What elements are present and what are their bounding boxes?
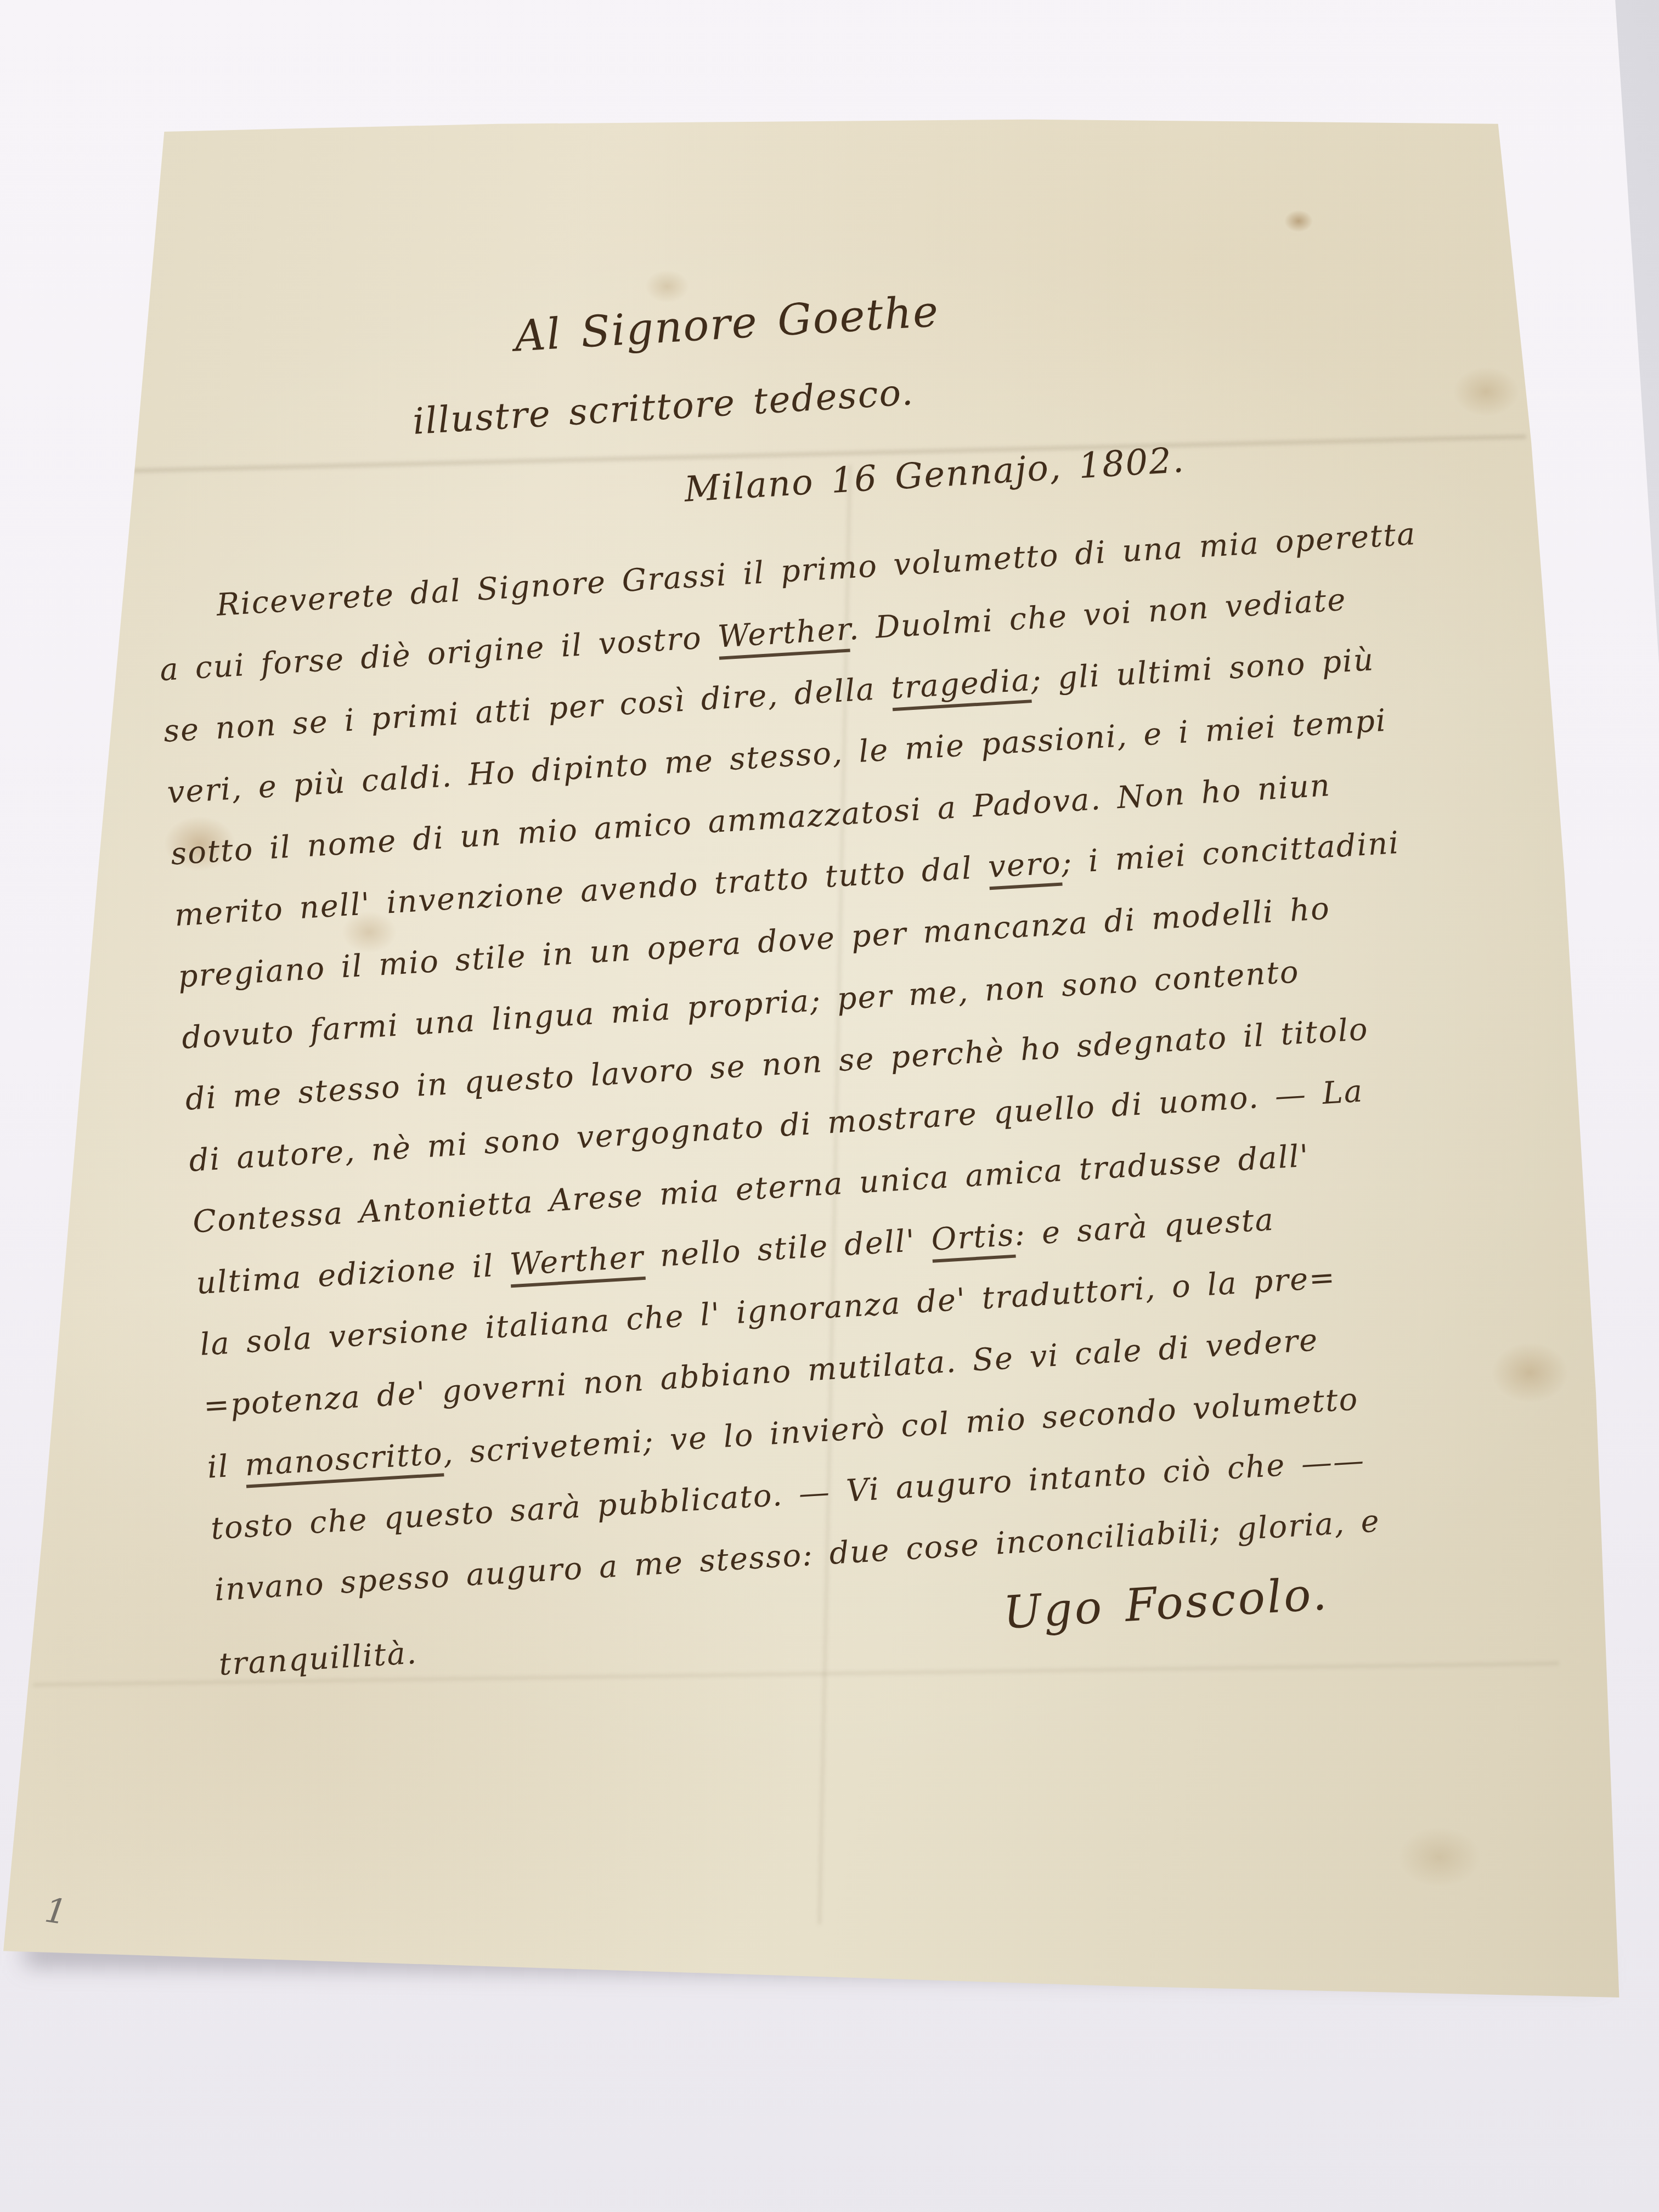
signature: Ugo Foscolo.	[1001, 1559, 1330, 1649]
stain	[1549, 637, 1604, 681]
pencil-page-number: 1	[42, 1890, 69, 1933]
photograph: Al Signore Goethe illustre scrittore ted…	[0, 0, 1659, 2212]
stain	[1284, 210, 1313, 232]
closing-word: tranquillità.	[217, 1618, 419, 1701]
letter-paper: Al Signore Goethe illustre scrittore ted…	[0, 0, 1659, 2212]
stain	[1417, 77, 1455, 106]
letter-content: Al Signore Goethe illustre scrittore ted…	[139, 239, 1554, 1701]
stain	[1398, 1827, 1481, 1887]
body-lines: Riceverete dal Signore Grassi il primo v…	[155, 499, 1550, 1621]
